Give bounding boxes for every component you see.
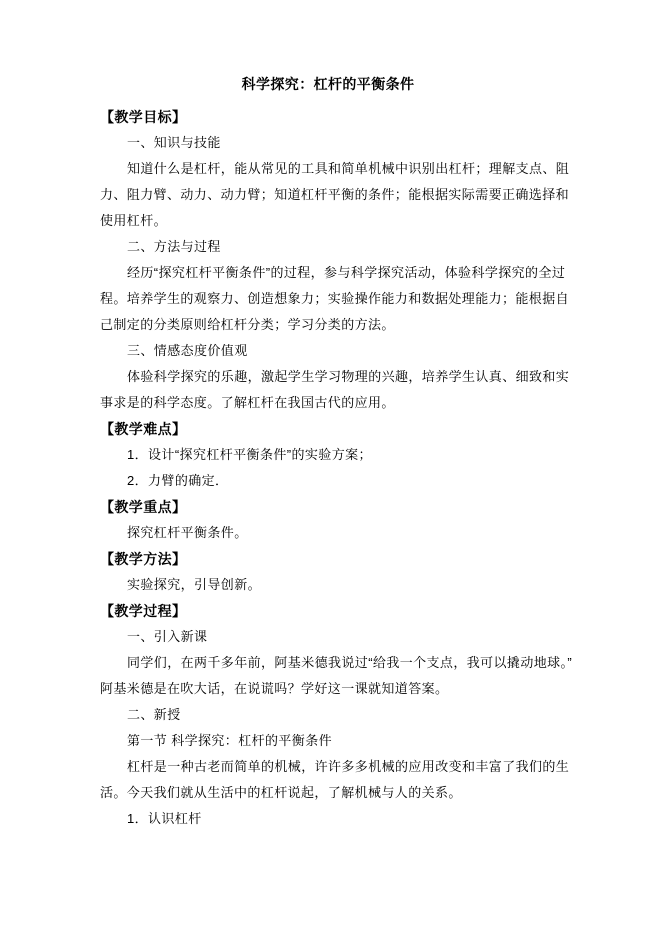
paragraph-line: 活。今天我们就从生活中的杠杆说起，了解机械与人的关系。 xyxy=(100,780,556,806)
paragraph-line: 程。培养学生的观察力、创造想象力；实验操作能力和数据处理能力；能根据自 xyxy=(100,286,556,312)
paragraph-line: 阿基米德是在吹大话，在说谎吗？学好这一课就知道答案。 xyxy=(100,676,556,702)
paragraph-line: 己制定的分类原则给杠杆分类；学习分类的方法。 xyxy=(100,312,556,338)
paragraph-line: 探究杠杆平衡条件。 xyxy=(100,520,556,546)
paragraph-line: 经历“探究杠杆平衡条件”的过程，参与科学探究活动，体验科学探究的全过 xyxy=(100,260,556,286)
paragraph-line: 使用杠杆。 xyxy=(100,208,556,234)
list-item-recognize-lever: 1．认识杠杆 xyxy=(100,806,556,832)
paragraph-line: 知道什么是杠杆，能从常见的工具和简单机械中识别出杠杆；理解支点、阻 xyxy=(100,156,556,182)
paragraph-line: 力、阻力臂、动力、动力臂；知道杠杆平衡的条件；能根据实际需要正确选择和 xyxy=(100,182,556,208)
list-item-1: 1．设计“探究杠杆平衡条件”的实验方案； xyxy=(100,442,556,468)
subheading-new-teaching: 二、新授 xyxy=(100,702,556,728)
paragraph-line: 事求是的科学态度。了解杠杆在我国古代的应用。 xyxy=(100,390,556,416)
subheading-methods-process: 二、方法与过程 xyxy=(100,234,556,260)
list-item-2: 2．力臂的确定． xyxy=(100,468,556,494)
paragraph-line: 杠杆是一种古老而简单的机械，许许多多机械的应用改变和丰富了我们的生 xyxy=(100,754,556,780)
subheading-intro-new-lesson: 一、引入新课 xyxy=(100,624,556,650)
document-page: 科学探究：杠杆的平衡条件 【教学目标】 一、知识与技能 知道什么是杠杆，能从常见… xyxy=(0,0,661,935)
subheading-emotional-values: 三、情感态度价值观 xyxy=(100,338,556,364)
section-heading-teaching-method: 【教学方法】 xyxy=(100,546,556,572)
subheading-knowledge-skills: 一、知识与技能 xyxy=(100,130,556,156)
document-title: 科学探究：杠杆的平衡条件 xyxy=(100,71,556,97)
section-heading-teaching-objectives: 【教学目标】 xyxy=(100,104,556,130)
section-heading-teaching-process: 【教学过程】 xyxy=(100,598,556,624)
section-heading-teaching-difficulties: 【教学难点】 xyxy=(100,416,556,442)
paragraph-line: 体验科学探究的乐趣，激起学生学习物理的兴趣，培养学生认真、细致和实 xyxy=(100,364,556,390)
paragraph-line: 同学们，在两千多年前，阿基米德我说过“给我一个支点，我可以撬动地球。” xyxy=(100,650,556,676)
section-heading-teaching-focus: 【教学重点】 xyxy=(100,494,556,520)
paragraph-line: 实验探究，引导创新。 xyxy=(100,572,556,598)
subheading-section-one: 第一节 科学探究：杠杆的平衡条件 xyxy=(100,728,556,754)
